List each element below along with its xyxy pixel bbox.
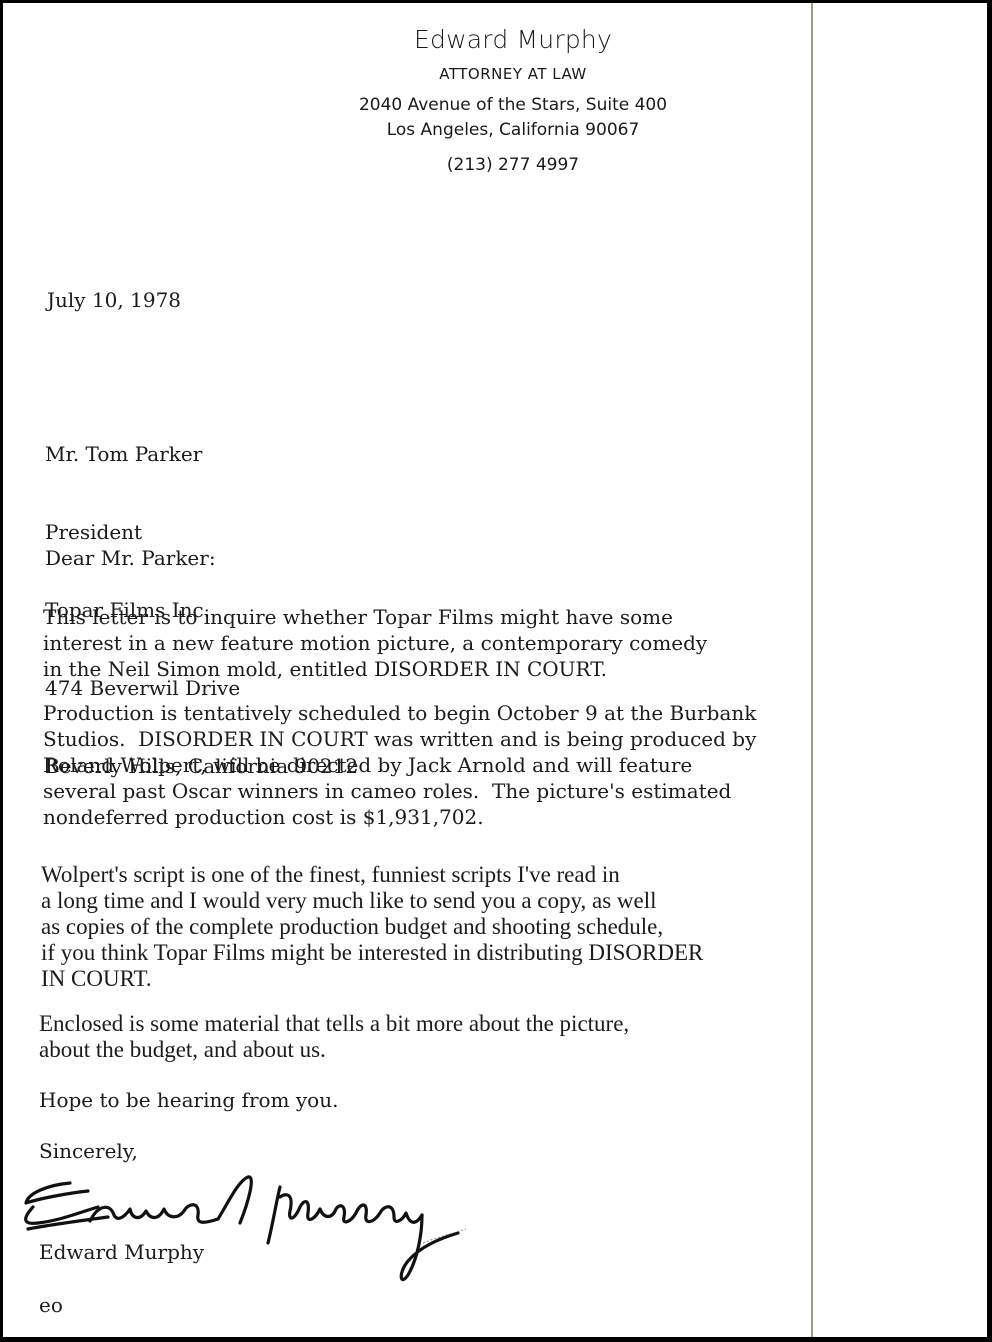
letter-date: July 10, 1978 bbox=[47, 287, 181, 313]
letterhead-name: Edward Murphy bbox=[3, 25, 987, 54]
letter-page: Edward Murphy ATTORNEY AT LAW 2040 Avenu… bbox=[3, 3, 987, 1337]
recipient-line: President bbox=[45, 519, 358, 545]
paragraph-production: Production is tentatively scheduled to b… bbox=[43, 700, 756, 830]
salutation: Dear Mr. Parker: bbox=[45, 545, 216, 571]
typist-initials: eo bbox=[39, 1292, 63, 1318]
signer-name: Edward Murphy bbox=[39, 1239, 204, 1265]
letterhead-address-line1: 2040 Avenue of the Stars, Suite 400 bbox=[3, 95, 987, 115]
fold-line bbox=[811, 3, 813, 1337]
paragraph-script: Wolpert's script is one of the finest, f… bbox=[41, 862, 703, 992]
paragraph-inquiry: This letter is to inquire whether Topar … bbox=[43, 604, 707, 682]
letterhead-title: ATTORNEY AT LAW bbox=[3, 65, 987, 83]
letterhead-address-line2: Los Angeles, California 90067 bbox=[3, 120, 987, 140]
paragraph-enclosed: Enclosed is some material that tells a b… bbox=[39, 1011, 629, 1063]
closing: Sincerely, bbox=[39, 1138, 138, 1164]
handwritten-signature bbox=[18, 1163, 468, 1293]
paragraph-hope: Hope to be hearing from you. bbox=[39, 1087, 338, 1113]
recipient-line: Mr. Tom Parker bbox=[45, 441, 358, 467]
letterhead-phone: (213) 277 4997 bbox=[3, 155, 987, 175]
